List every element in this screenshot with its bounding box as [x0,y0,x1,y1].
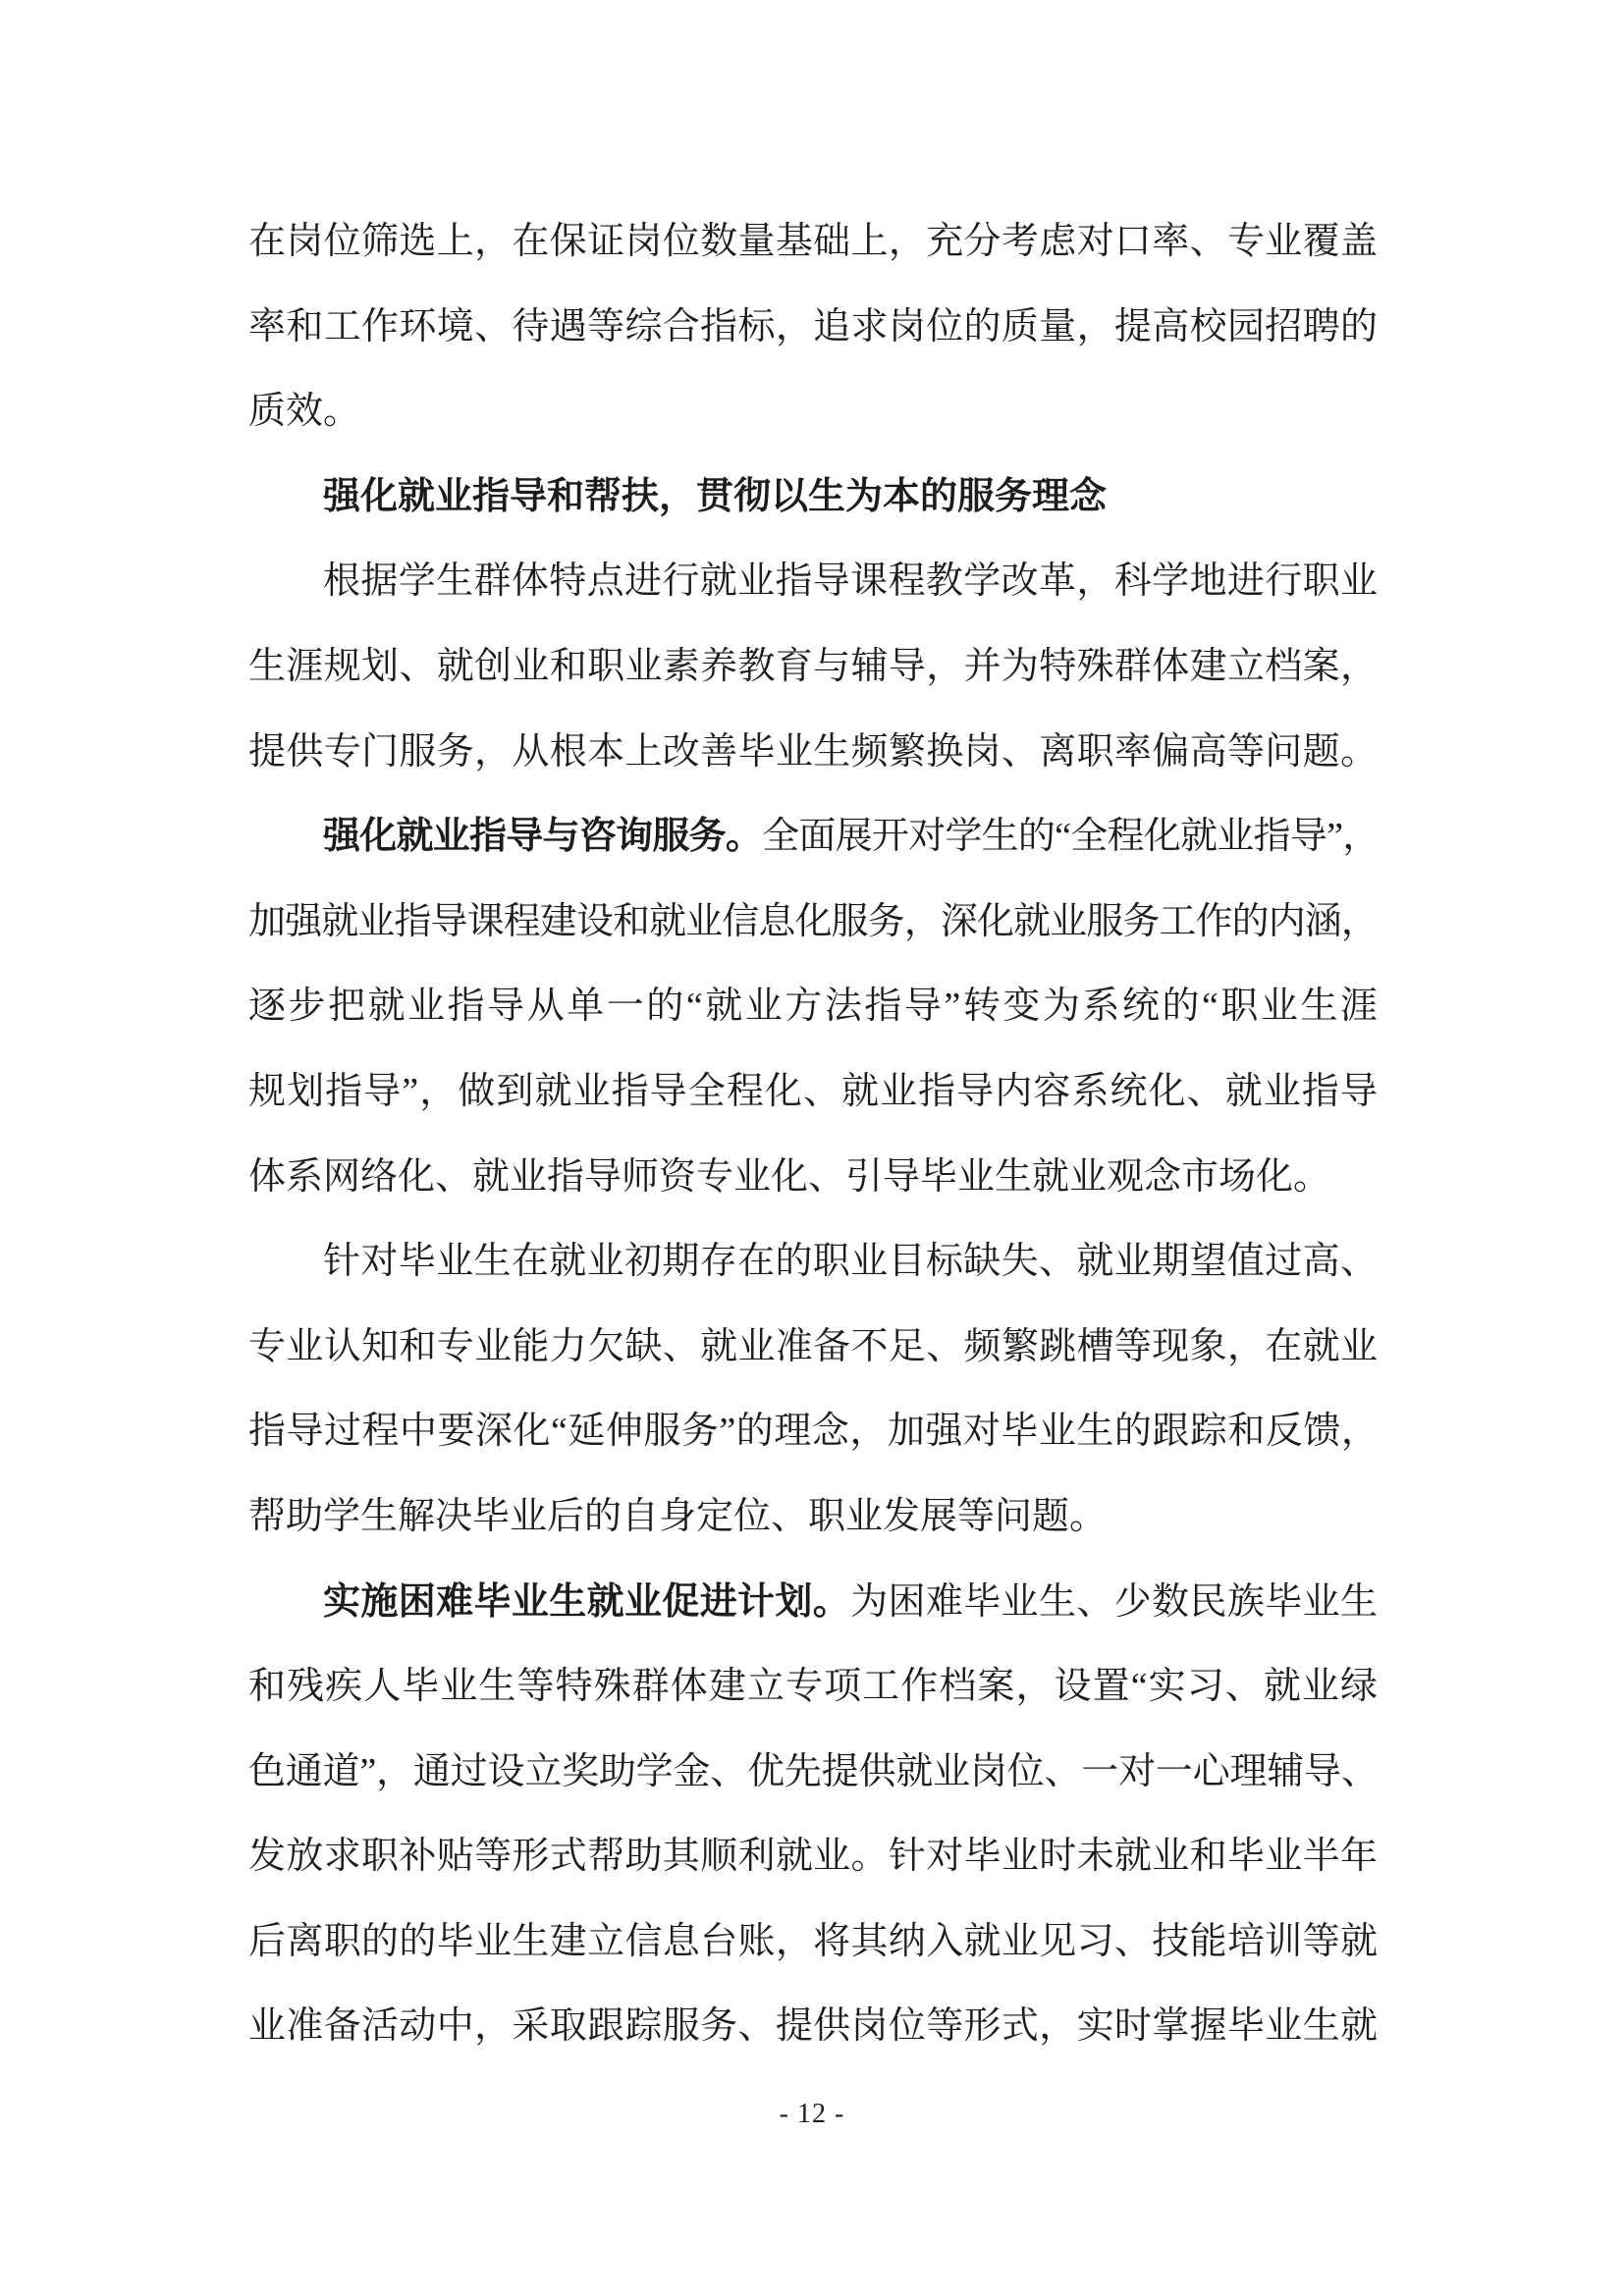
page-number: - 12 - [0,2099,1624,2130]
text-line: 后离职的的毕业生建立信息台账，将其纳入就业见习、技能培训等就 [248,1899,1378,1985]
text-segment: 发放求职补贴等形式帮助其顺利就业。针对毕业时未就业和毕业半年 [248,1836,1378,1877]
text-line: 业准备活动中，采取跟踪服务、提供岗位等形式，实时掌握毕业生就 [248,1984,1378,2069]
text-line: 率和工作环境、待遇等综合指标，追求岗位的质量，提高校园招聘的 [248,285,1378,370]
text-line: 质效。 [248,369,1378,454]
text-line: 针对毕业生在就业初期存在的职业目标缺失、就业期望值过高、 [248,1219,1378,1305]
text-line: 强化就业指导和帮扶，贯彻以生为本的服务理念 [248,454,1378,540]
text-segment: 率和工作环境、待遇等综合指标，追求岗位的质量，提高校园招聘的 [248,306,1378,347]
text-segment: 规划指导”，做到就业指导全程化、就业指导内容系统化、就业指导 [248,1071,1378,1112]
text-segment: 色通道”，通过设立奖助学金、优先提供就业岗位、一对一心理辅导、 [248,1751,1378,1792]
text-segment: 业准备活动中，采取跟踪服务、提供岗位等形式，实时掌握毕业生就 [248,2005,1378,2047]
text-line: 根据学生群体特点进行就业指导课程教学改革，科学地进行职业 [248,539,1378,624]
text-segment: 质效。 [248,391,360,432]
document-page: 在岗位筛选上，在保证岗位数量基础上，充分考虑对口率、专业覆盖率和工作环境、待遇等… [0,0,1624,2296]
text-line: 加强就业指导课程建设和就业信息化服务，深化就业服务工作的内涵， [248,880,1378,965]
text-line: 逐步把就业指导从单一的“就业方法指导”转变为系统的“职业生涯 [248,964,1378,1049]
text-line: 生涯规划、就创业和职业素养教育与辅导，并为特殊群体建立档案， [248,624,1378,710]
text-line: 色通道”，通过设立奖助学金、优先提供就业岗位、一对一心理辅导、 [248,1730,1378,1815]
text-line: 发放求职补贴等形式帮助其顺利就业。针对毕业时未就业和毕业半年 [248,1814,1378,1899]
text-segment: 全面展开对学生的“全程化就业指导”， [762,816,1378,857]
text-line: 规划指导”，做到就业指导全程化、就业指导内容系统化、就业指导 [248,1049,1378,1135]
bold-text-segment: 实施困难毕业生就业促进计划。 [323,1581,850,1623]
text-line: 和残疾人毕业生等特殊群体建立专项工作档案，设置“实习、就业绿 [248,1644,1378,1730]
text-segment: 专业认知和专业能力欠缺、就业准备不足、频繁跳槽等现象，在就业 [248,1326,1378,1367]
text-segment: 提供专门服务，从根本上改善毕业生频繁换岗、离职率偏高等问题。 [248,731,1378,773]
text-segment: 加强就业指导课程建设和就业信息化服务，深化就业服务工作的内涵， [248,901,1378,942]
document-body: 在岗位筛选上，在保证岗位数量基础上，充分考虑对口率、专业覆盖率和工作环境、待遇等… [248,199,1378,2069]
text-segment: 在岗位筛选上，在保证岗位数量基础上，充分考虑对口率、专业覆盖 [248,221,1378,262]
text-line: 指导过程中要深化“延伸服务”的理念，加强对毕业生的跟踪和反馈， [248,1389,1378,1474]
text-segment: 针对毕业生在就业初期存在的职业目标缺失、就业期望值过高、 [323,1241,1378,1282]
text-line: 强化就业指导与咨询服务。全面展开对学生的“全程化就业指导”， [248,794,1378,880]
text-segment: 为困难毕业生、少数民族毕业生 [850,1581,1378,1623]
text-segment: 根据学生群体特点进行就业指导课程教学改革，科学地进行职业 [323,561,1378,602]
text-segment: 体系网络化、就业指导师资专业化、引导毕业生就业观念市场化。 [248,1156,1330,1198]
text-line: 专业认知和专业能力欠缺、就业准备不足、频繁跳槽等现象，在就业 [248,1305,1378,1390]
text-line: 实施困难毕业生就业促进计划。为困难毕业生、少数民族毕业生 [248,1560,1378,1645]
text-segment: 帮助学生解决毕业后的自身定位、职业发展等问题。 [248,1496,1107,1537]
text-line: 提供专门服务，从根本上改善毕业生频繁换岗、离职率偏高等问题。 [248,710,1378,795]
text-segment: 后离职的的毕业生建立信息台账，将其纳入就业见习、技能培训等就 [248,1921,1378,1962]
bold-text-segment: 强化就业指导与咨询服务。 [323,816,762,857]
text-line: 体系网络化、就业指导师资专业化、引导毕业生就业观念市场化。 [248,1135,1378,1220]
text-segment: 指导过程中要深化“延伸服务”的理念，加强对毕业生的跟踪和反馈， [248,1411,1378,1452]
text-line: 在岗位筛选上，在保证岗位数量基础上，充分考虑对口率、专业覆盖 [248,199,1378,285]
text-segment: 逐步把就业指导从单一的“就业方法指导”转变为系统的“职业生涯 [248,986,1378,1027]
bold-text-segment: 强化就业指导和帮扶，贯彻以生为本的服务理念 [323,476,1107,517]
text-segment: 生涯规划、就创业和职业素养教育与辅导，并为特殊群体建立档案， [248,646,1378,687]
text-line: 帮助学生解决毕业后的自身定位、职业发展等问题。 [248,1474,1378,1560]
text-segment: 和残疾人毕业生等特殊群体建立专项工作档案，设置“实习、就业绿 [248,1666,1378,1707]
